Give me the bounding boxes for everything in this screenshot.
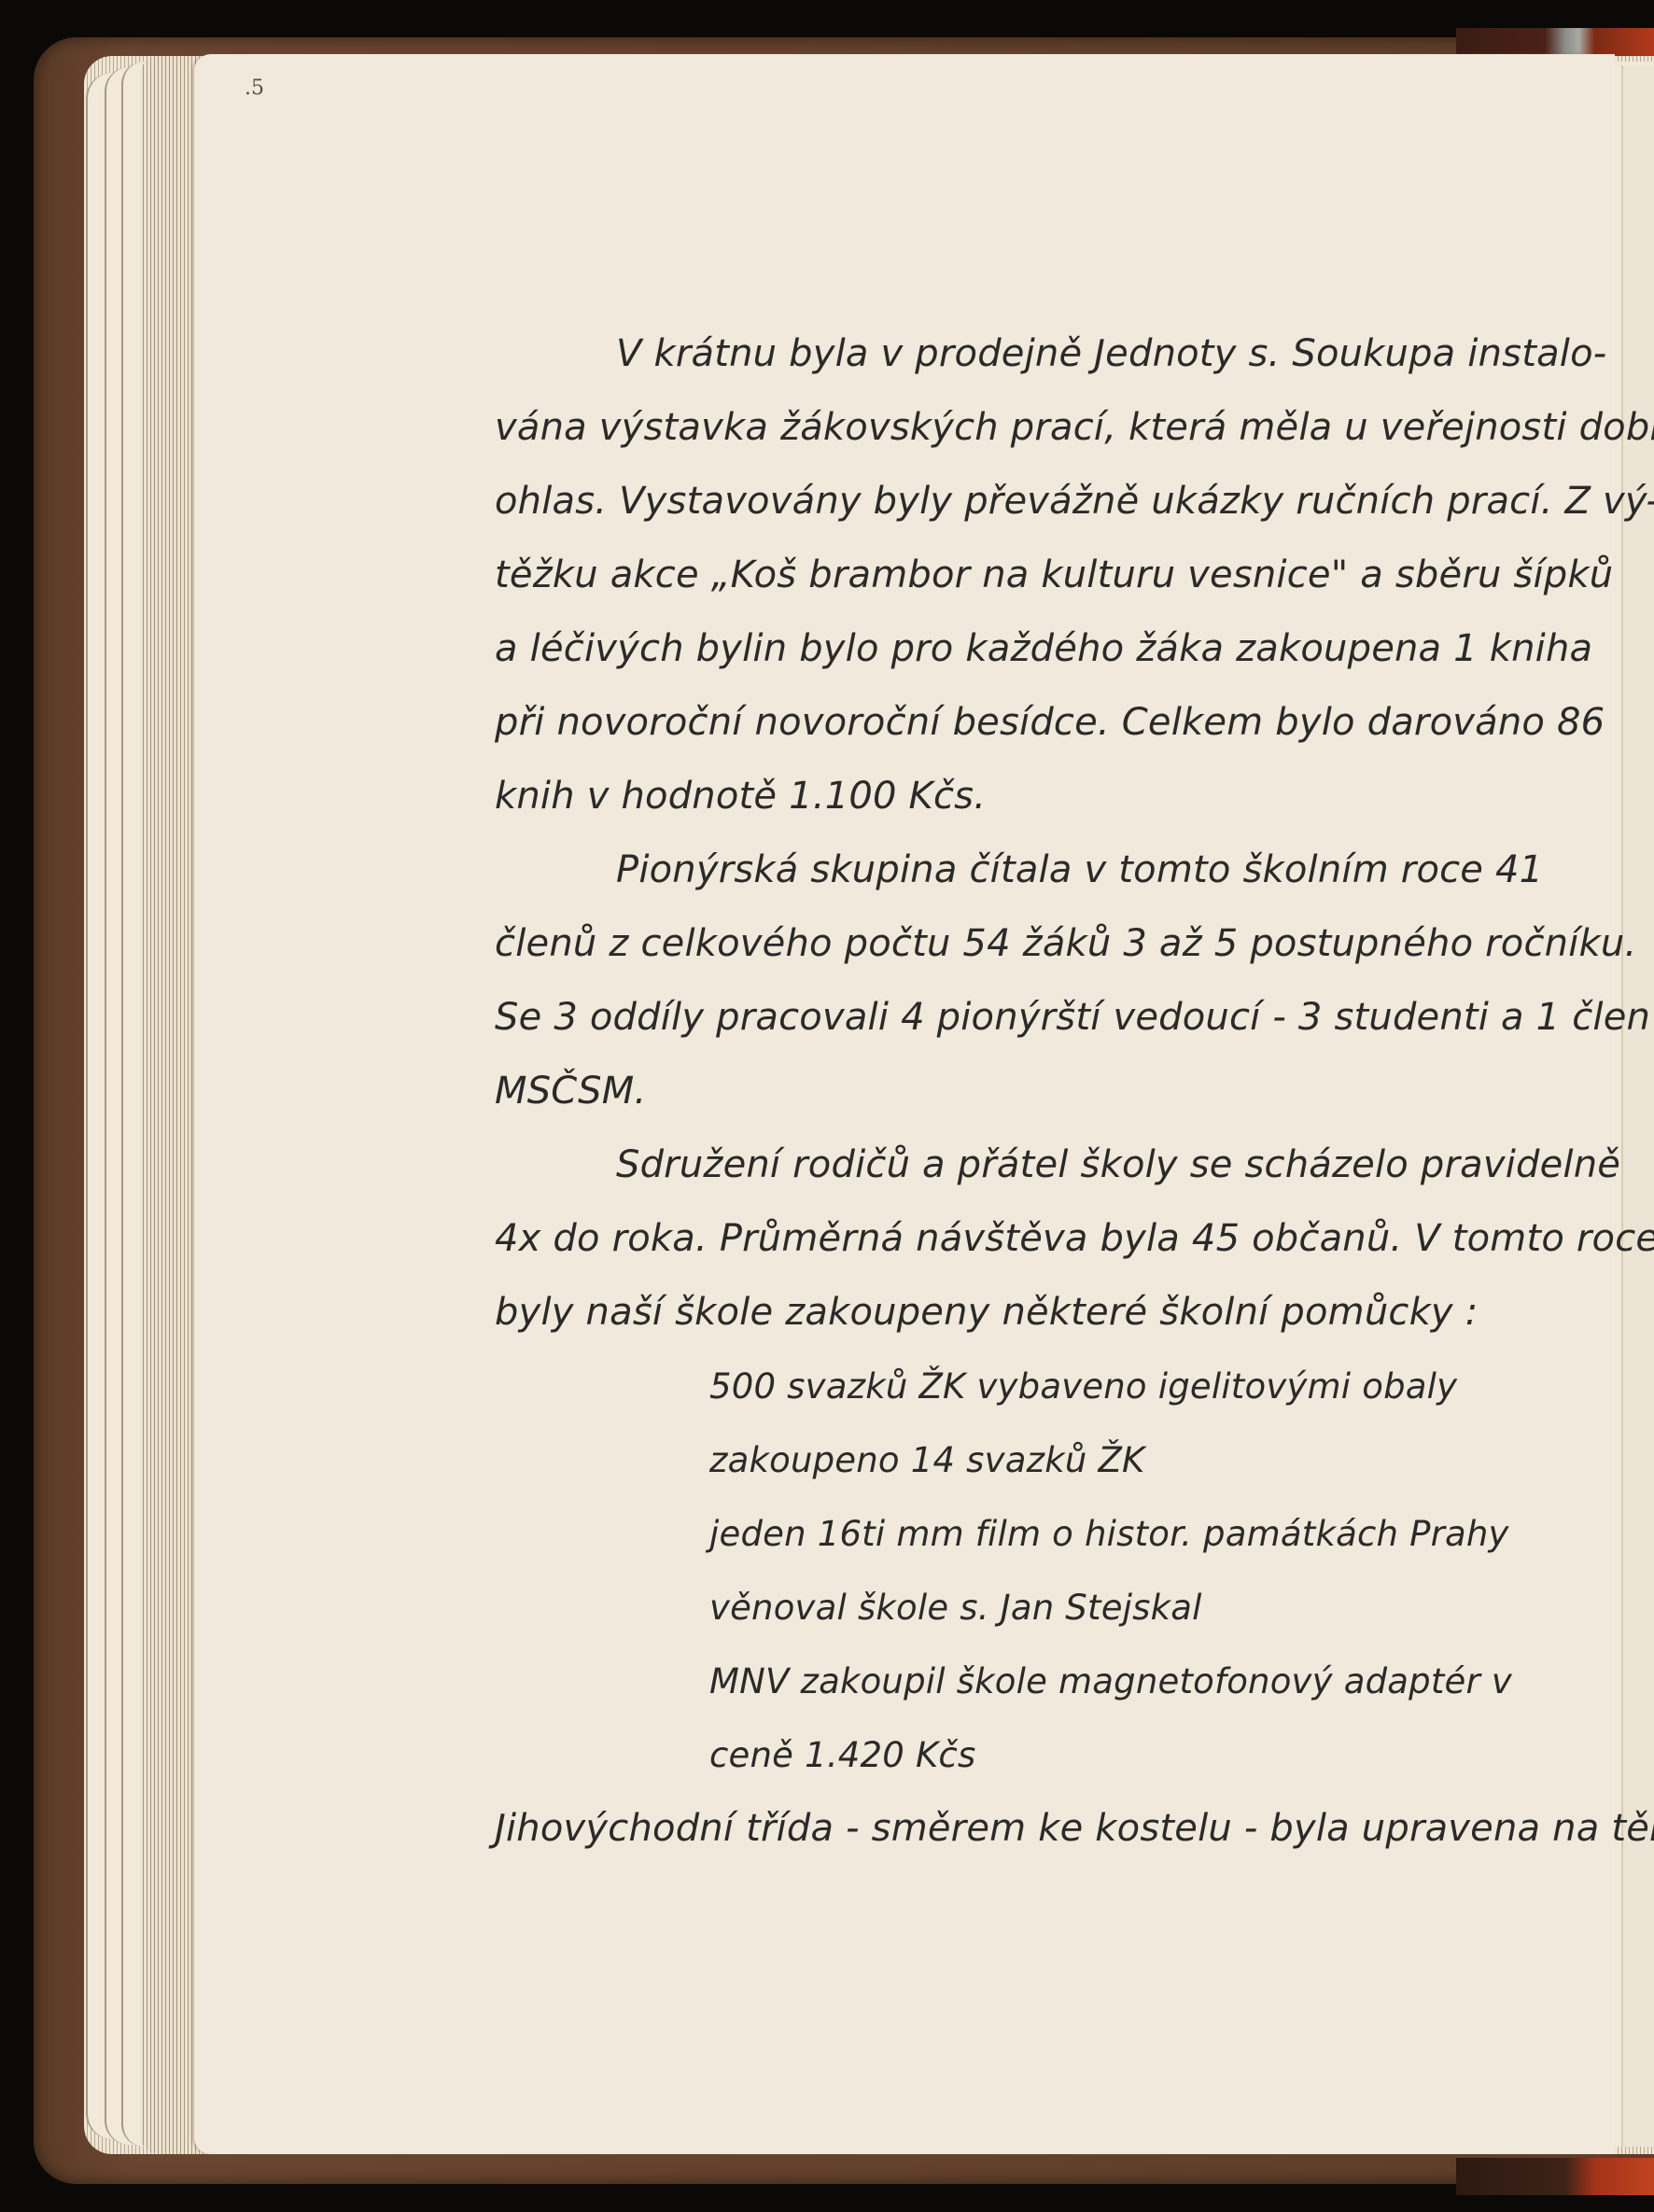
text-line: MSČSM. <box>495 1055 1484 1128</box>
handwritten-text: V krátnu byla v prodejně Jednoty s. Souk… <box>495 317 1484 1866</box>
text-line: knih v hodnotě 1.100 Kčs. <box>495 760 1484 833</box>
list-item: 500 svazků ŽK vybaveno igelitovými obaly <box>495 1350 1484 1423</box>
list-item: věnoval škole s. Jan Stejskal <box>495 1571 1484 1645</box>
text-line: Pionýrská skupina čítala v tomto školním… <box>495 833 1484 907</box>
paragraph-parents-association: Sdružení rodičů a přátel školy se scháze… <box>495 1128 1484 1350</box>
list-item: MNV zakoupil škole magnetofonový adaptér… <box>495 1645 1484 1718</box>
text-line: 4x do roka. Průměrná návštěva byla 45 ob… <box>495 1202 1484 1276</box>
text-line: Sdružení rodičů a přátel školy se scháze… <box>495 1128 1484 1202</box>
list-item: jeden 16ti mm film o histor. památkách P… <box>495 1497 1484 1571</box>
paragraph-exhibition: V krátnu byla v prodejně Jednoty s. Souk… <box>495 317 1484 833</box>
list-item: zakoupeno 14 svazků ŽK <box>495 1423 1484 1497</box>
text-line: těžku akce „Koš brambor na kulturu vesni… <box>495 539 1484 612</box>
text-line: členů z celkového počtu 54 žáků 3 až 5 p… <box>495 907 1484 981</box>
closing-line: Jihovýchodní třída - směrem ke kostelu -… <box>495 1792 1484 1866</box>
page-mark: .5 <box>245 77 264 100</box>
text-line: při novoroční novoroční besídce. Celkem … <box>495 686 1484 760</box>
page-stack-fine-edges <box>140 56 198 2154</box>
list-item: ceně 1.420 Kčs <box>495 1718 1484 1792</box>
text-line: ohlas. Vystavovány byly převážně ukázky … <box>495 465 1484 539</box>
text-line: V krátnu byla v prodejně Jednoty s. Souk… <box>495 317 1484 391</box>
paragraph-pioneers: Pionýrská skupina čítala v tomto školním… <box>495 833 1484 1128</box>
text-line: byly naší škole zakoupeny některé školní… <box>495 1276 1484 1350</box>
text-line: a léčivých bylin bylo pro každého žáka z… <box>495 612 1484 686</box>
text-line: Se 3 oddíly pracovali 4 pionýrští vedouc… <box>495 981 1484 1055</box>
school-aids-list: 500 svazků ŽK vybaveno igelitovými obaly… <box>495 1350 1484 1792</box>
text-line: vána výstavka žákovských prací, která mě… <box>495 391 1484 465</box>
bookmark-ribbon-bottom <box>1456 2158 1654 2195</box>
